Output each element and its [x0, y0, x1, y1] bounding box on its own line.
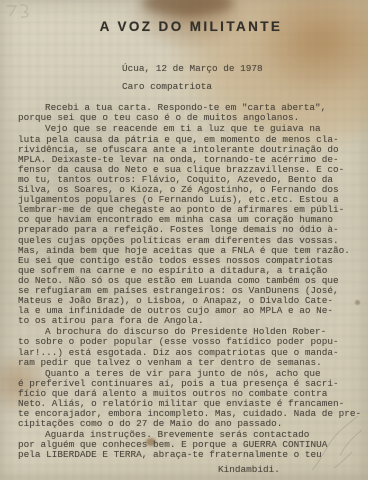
signature: Kindambidi. [18, 465, 364, 475]
salutation: Caro compatriota [18, 82, 364, 92]
letter-paragraph-5: Aguarda instruções. Brevemente serás con… [18, 430, 364, 460]
letter-paragraph-3: A brochura do discurso do Presidente Hol… [18, 327, 364, 367]
letter-title: A VOZ DO MILITANTE [18, 22, 364, 32]
letter-paragraph-2: Vejo que se reacende em ti a luz que te … [18, 124, 364, 326]
dateline: Úcua, 12 de Março de 1978 [18, 64, 364, 74]
letter-body: A VOZ DO MILITANTE Úcua, 12 de Março de … [18, 18, 364, 475]
letter-paragraph-4: Quanto a teres de vir para junto de nós,… [18, 369, 364, 430]
scanned-letter-page: A VOZ DO MILITANTE Úcua, 12 de Março de … [0, 0, 368, 480]
letter-paragraph-1: Recebi a tua carta. Respondo-te em "cart… [18, 103, 364, 123]
